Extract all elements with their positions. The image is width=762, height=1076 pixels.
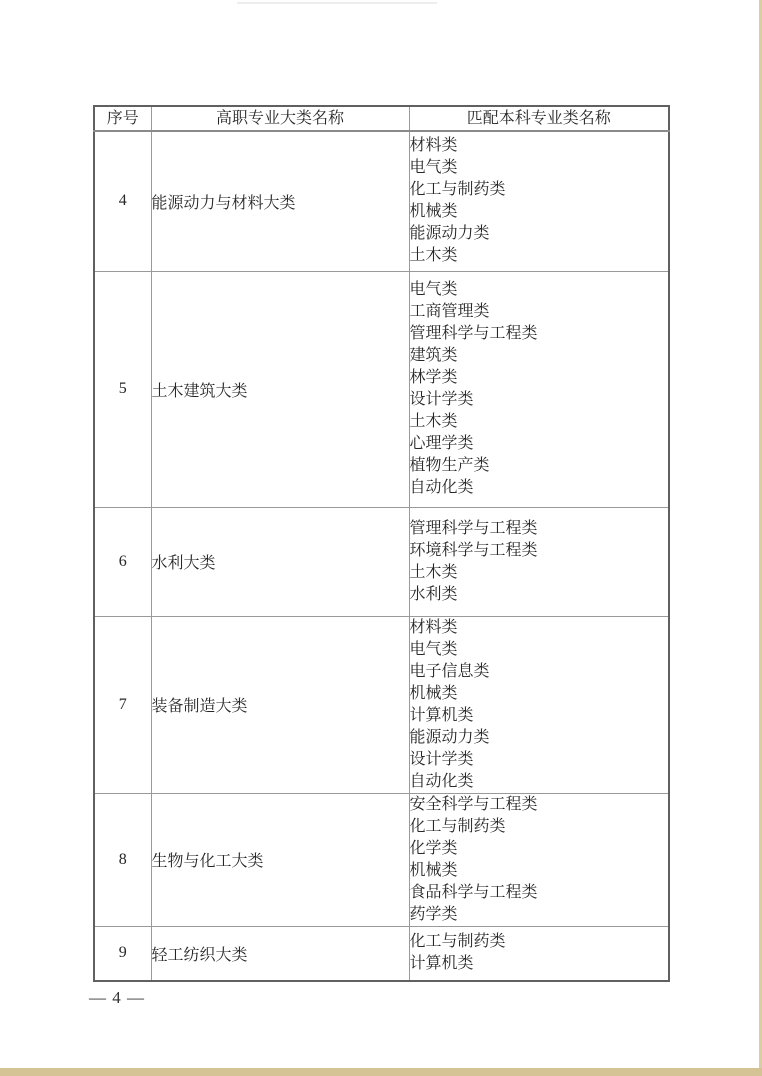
match-line: 管理科学与工程类 [410,323,669,345]
match-line: 设计学类 [410,389,669,411]
match-line: 土木类 [410,411,669,433]
row-serial-number: 7 [94,616,151,793]
match-line: 材料类 [410,135,669,157]
header-serial-number: 序号 [94,106,151,131]
vocational-category-name: 土木建筑大类 [151,271,409,507]
document-page: 序号 高职专业大类名称 匹配本科专业类名称 4能源动力与材料大类材料类电气类化工… [0,0,762,1076]
match-line: 林学类 [410,367,669,389]
table-row: 8生物与化工大类安全科学与工程类化工与制药类化学类机械类食品科学与工程类药学类 [94,793,669,926]
match-line: 自动化类 [410,477,669,499]
match-line: 管理科学与工程类 [410,518,669,540]
table-row: 5土木建筑大类电气类工商管理类管理科学与工程类建筑类林学类设计学类土木类心理学类… [94,271,669,507]
match-line: 工商管理类 [410,301,669,323]
match-line: 植物生产类 [410,455,669,477]
match-line: 安全科学与工程类 [410,794,669,816]
match-line: 机械类 [410,201,669,223]
match-line: 材料类 [410,617,669,639]
scan-artifact-bottom-edge [0,1068,762,1076]
match-line: 计算机类 [410,953,669,975]
page-number: — 4 — [89,988,145,1008]
match-line: 机械类 [410,860,669,882]
table-row: 7装备制造大类材料类电气类电子信息类机械类计算机类能源动力类设计学类自动化类 [94,616,669,793]
match-line: 药学类 [410,904,669,926]
undergraduate-match-list: 材料类电气类电子信息类机械类计算机类能源动力类设计学类自动化类 [409,616,669,793]
table-row: 6水利大类管理科学与工程类环境科学与工程类土木类水利类 [94,507,669,616]
match-line: 电子信息类 [410,661,669,683]
row-serial-number: 9 [94,926,151,981]
row-serial-number: 5 [94,271,151,507]
match-line: 食品科学与工程类 [410,882,669,904]
match-line: 设计学类 [410,749,669,771]
match-line: 土木类 [410,562,669,584]
match-line: 土木类 [410,245,669,267]
match-line: 能源动力类 [410,727,669,749]
row-serial-number: 6 [94,507,151,616]
row-serial-number: 8 [94,793,151,926]
match-line: 心理学类 [410,433,669,455]
table-row: 4能源动力与材料大类材料类电气类化工与制药类机械类能源动力类土木类 [94,131,669,271]
vocational-category-name: 水利大类 [151,507,409,616]
match-line: 环境科学与工程类 [410,540,669,562]
match-line: 化工与制药类 [410,816,669,838]
undergraduate-match-list: 化工与制药类计算机类 [409,926,669,981]
scan-artifact-top-line [237,2,437,4]
match-line: 机械类 [410,683,669,705]
match-line: 电气类 [410,639,669,661]
match-line: 水利类 [410,584,669,606]
match-line: 建筑类 [410,345,669,367]
match-line: 化工与制药类 [410,179,669,201]
vocational-category-name: 轻工纺织大类 [151,926,409,981]
undergraduate-match-list: 电气类工商管理类管理科学与工程类建筑类林学类设计学类土木类心理学类植物生产类自动… [409,271,669,507]
undergraduate-match-list: 安全科学与工程类化工与制药类化学类机械类食品科学与工程类药学类 [409,793,669,926]
match-line: 化工与制药类 [410,931,669,953]
header-vocational-category: 高职专业大类名称 [151,106,409,131]
undergraduate-match-list: 管理科学与工程类环境科学与工程类土木类水利类 [409,507,669,616]
table-header-row: 序号 高职专业大类名称 匹配本科专业类名称 [94,106,669,131]
match-line: 计算机类 [410,705,669,727]
table-row: 9轻工纺织大类化工与制药类计算机类 [94,926,669,981]
vocational-category-name: 生物与化工大类 [151,793,409,926]
vocational-category-name: 装备制造大类 [151,616,409,793]
undergraduate-match-list: 材料类电气类化工与制药类机械类能源动力类土木类 [409,131,669,271]
match-line: 电气类 [410,279,669,301]
match-line: 电气类 [410,157,669,179]
major-match-table: 序号 高职专业大类名称 匹配本科专业类名称 4能源动力与材料大类材料类电气类化工… [93,105,670,982]
match-line: 自动化类 [410,771,669,793]
match-line: 能源动力类 [410,223,669,245]
match-line: 化学类 [410,838,669,860]
row-serial-number: 4 [94,131,151,271]
vocational-category-name: 能源动力与材料大类 [151,131,409,271]
table-body: 4能源动力与材料大类材料类电气类化工与制药类机械类能源动力类土木类5土木建筑大类… [94,131,669,981]
header-undergraduate-match: 匹配本科专业类名称 [409,106,669,131]
